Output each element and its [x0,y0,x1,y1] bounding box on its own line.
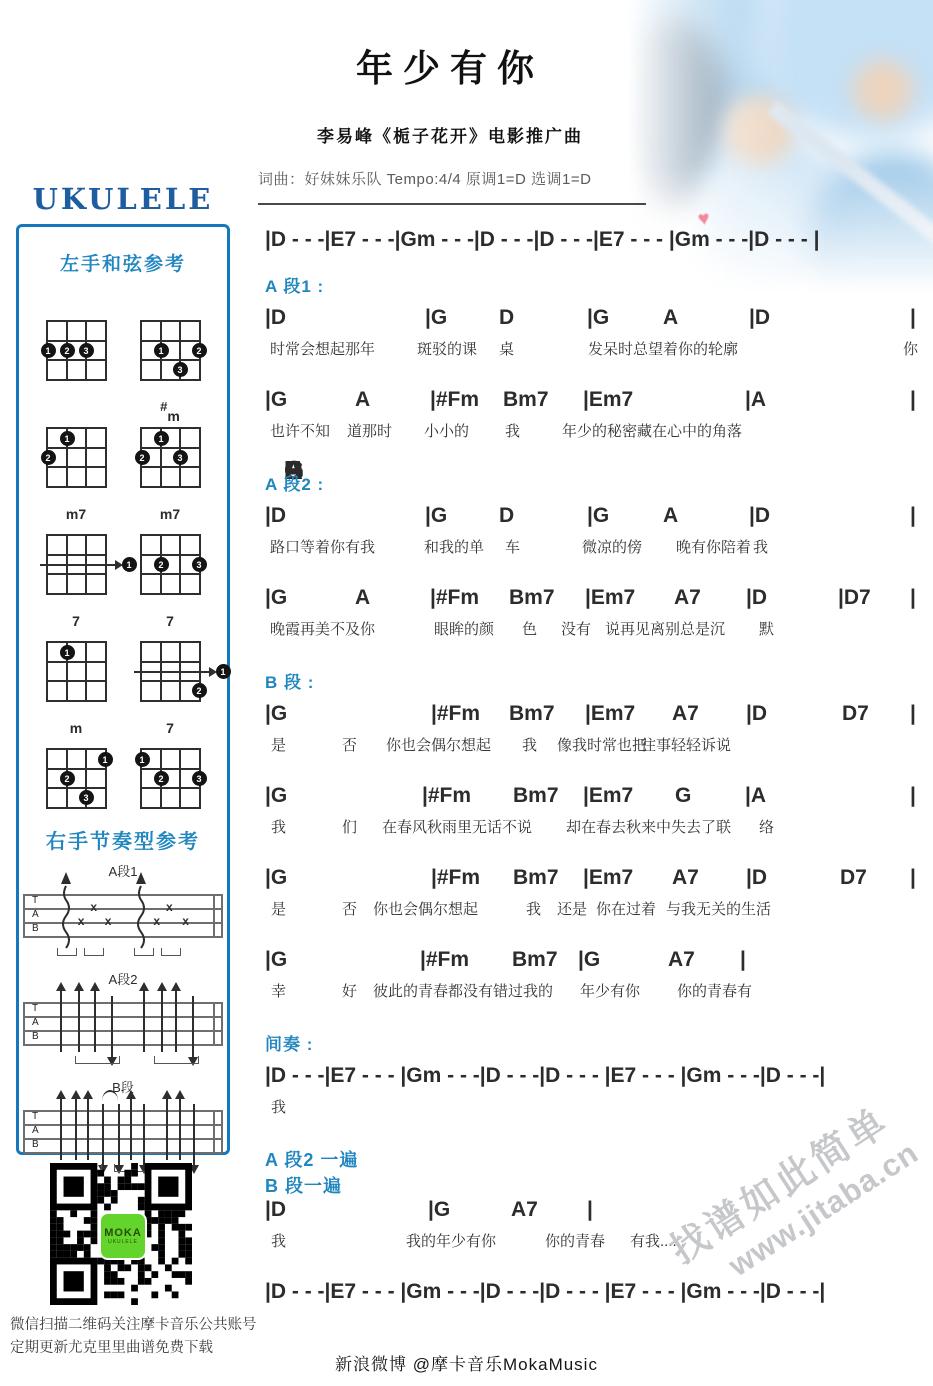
lyric-segment: 彼此的青春都没有错过我的 [373,980,553,1001]
finger-dot: 1 [60,645,75,660]
string-line [85,643,87,700]
chord-symbol: D7 [840,866,867,890]
lyric-segment: 有我...... [630,1230,685,1251]
lyric-segment: 们 [342,816,357,837]
chord-symbol: A [355,586,370,610]
chord-diagram-E7: E7123 [124,720,216,809]
lyric-segment: 我的年少有你 [406,1230,496,1251]
chord-symbol: | [910,866,916,890]
chord-symbol: |D7 [838,586,871,610]
chord-symbol: D [499,504,514,528]
lyric-segment: 没有 [561,618,591,639]
section-heading: B 段一遍 [265,1172,920,1194]
lyric-segment: 微凉的傍 [582,536,642,557]
mute-x-mark: x [182,914,189,928]
chord-symbol: Bm7 [503,388,549,412]
chord-symbol: Bm7 [512,948,558,972]
lyric-segment: 幸 [271,980,286,1001]
finger-dot: 3 [192,771,207,786]
lyric-segment: 道那时 [347,420,392,441]
fret-line [142,787,199,789]
chord-lyric-line: |D - - -|E7 - - - |Gm - - -|D - - -|D - … [265,1064,920,1118]
beat-beam [134,948,154,956]
staff-barline [221,1002,223,1046]
strum-up-arrow [60,990,62,1052]
staff-barline [213,1002,215,1046]
fret-line [142,768,199,770]
chord-symbol: |D [749,306,770,330]
chord-name: Bm7 [66,506,86,532]
chord-diagram-G: G123 [124,292,216,381]
chord-symbol: A7 [511,1198,538,1222]
chord-symbol: |#Fm [420,948,469,972]
fret-grid: 1 [46,534,107,595]
finger-dot: 3 [79,343,94,358]
chord-symbol: D7 [842,702,869,726]
left-hand-chords-title: 左手和弦参考 [19,249,227,276]
finger-dot: 2 [192,343,207,358]
chord-symbol: A [663,306,678,330]
chord-suffix: 7 [166,613,174,629]
song-subtitle: 李易峰《栀子花开》电影推广曲 [180,122,720,147]
finger-dot: 3 [79,790,94,805]
chord-symbol: | [910,702,916,726]
lyric-segment: 我 [271,1096,286,1117]
fret-grid: 123 [140,320,201,381]
tab-letter: T [32,1003,38,1014]
tab-letter: A [32,909,39,920]
string-line [85,429,87,486]
chord-symbol: |G [587,504,609,528]
tab-letter: T [32,895,38,906]
fret-line [48,359,105,361]
lyric-segment: 还是 [557,898,587,919]
lyric-segment: 眼眸的颜 [434,618,494,639]
lyric-segment: 时常会想起那年 [270,338,375,359]
lyric-segment: 说再见离别总是沉 [605,618,725,639]
beat-beam [161,948,181,956]
chord-symbol: |#Fm [430,586,479,610]
staff-line [23,922,223,924]
wavy-strum-arrow [59,872,73,955]
staff-barline [23,1002,25,1046]
chord-reference-box: 左手和弦参考 D123G123A12#Fm123Bm71Em723A71D721… [16,224,230,1155]
strum-up-arrow [78,990,80,1052]
chord-lyric-line: |GA|#FmBm7|Em7|A|也许不知道那时小小的我年少的秘密藏在心中的角落 [265,388,920,442]
chord-symbol: |G [265,702,287,726]
finger-dot: 3 [192,557,207,572]
chord-symbol: |Em7 [585,586,635,610]
chord-lyric-line: |G|#FmBm7|Em7A7|DD7|是否你也会偶尔想起我还是你在过着与我无关… [265,866,920,920]
chord-symbol: Bm7 [509,702,555,726]
fret-line [142,554,199,556]
staff-barline [23,1110,25,1154]
lyric-segment: 车 [505,536,520,557]
chord-symbol: A7 [668,948,695,972]
strum-up-arrow [130,1098,132,1160]
fret-grid: 123 [46,320,107,381]
chord-lyric-line: |GA|#FmBm7|Em7A7|D|D7|晚霞再美不及你眼眸的颜色没有说再见离… [265,586,920,640]
chord-symbol: |D - - -|E7 - - - |Gm - - -|D - - -|D - … [265,1064,825,1088]
fret-grid: 123 [140,748,201,809]
chord-symbol: A [355,388,370,412]
tab-letter: T [32,1111,38,1122]
lyric-segment: 你的青春有 [677,980,752,1001]
chord-symbol: |G [265,784,287,808]
chord-symbol: |Em7 [583,866,633,890]
section-heading: A 段2 : [265,470,920,490]
beat-beam [57,948,77,956]
rhythm-label: B段 [19,1077,227,1094]
lyric-segment: 却在春去秋来中失去了联 [566,816,731,837]
rhythm-label: A段2 [19,969,227,986]
chord-grid: D123G123A12#Fm123Bm71Em723A71D721Gm123E7… [19,292,227,809]
finger-dot: 2 [154,771,169,786]
chord-symbol: | [910,784,916,808]
chord-suffix: m7 [160,506,180,522]
finger-dot: 2 [135,450,150,465]
staff-barline [221,1110,223,1154]
lyric-segment: 路口等着你有我 [270,536,375,557]
tab-letter: B [32,1031,39,1042]
qr-code: MOKA UKULELE [50,1163,192,1305]
beat-beam [75,1056,120,1064]
finger-dot: 1 [98,752,113,767]
chord-symbol: A7 [672,702,699,726]
qr-logo-text: MOKA [104,1227,142,1239]
fret-grid: 12 [46,427,107,488]
lyric-segment: 我 [753,536,768,557]
chord-symbol: |D [746,702,767,726]
page-root: { "colors": { "accent": "#1f86c0", "acce… [0,0,933,1386]
lyric-segment: 我 [505,420,520,441]
finger-dot: 1 [135,752,150,767]
chord-diagram-D: D123 [30,292,122,381]
strum-up-arrow [179,1098,181,1160]
chord-name: D7 [166,613,174,639]
strum-up-arrow [143,990,145,1052]
chord-diagram-#Fm: #Fm123 [124,399,216,488]
chord-symbol: | [587,1198,593,1222]
lyric-segment: 你也会偶尔想起 [373,898,478,919]
finger-dot: 1 [154,343,169,358]
chord-symbol: |G [425,306,447,330]
finger-dot: 2 [41,450,56,465]
chord-suffix: m7 [66,506,86,522]
chord-lyric-line: |G|#FmBm7|Em7A7|DD7|是否你也会偶尔想起我像我时常也把往事轻轻… [265,702,920,756]
beat-beam [84,948,104,956]
finger-dot: 3 [173,362,188,377]
mute-x-mark: x [78,914,85,928]
lyric-segment: 发呆时总望着你的轮廓 [588,338,738,359]
rhythm-label: A段1 [19,861,227,878]
chord-symbol: |D [746,586,767,610]
mute-x-mark: x [166,900,173,914]
lyric-segment: 与我无关的生活 [666,898,771,919]
chord-symbol: | [910,586,916,610]
chord-diagram-Em7: Em723 [124,506,216,595]
chord-symbol: |G [265,948,287,972]
chord-suffix: m [70,720,82,736]
chord-symbol: | [910,388,916,412]
finger-dot: 2 [192,683,207,698]
lyric-segment: 是 [271,734,286,755]
fret-line [142,340,199,342]
rhythm-patterns: A段1TABxxxxxxA段2TABB段TAB [19,861,227,1178]
strum-up-arrow [161,990,163,1052]
section-heading: B 段 : [265,668,920,688]
chord-symbol: |Em7 [583,388,633,412]
lyric-segment: 否 [342,898,357,919]
fret-line [142,661,199,663]
chord-symbol: | [910,504,916,528]
section-heading: A 段2 一遍 [265,1146,920,1168]
lyric-segment: 我 [522,734,537,755]
strum-down-arrow [111,996,113,1058]
lyric-segment: 我 [526,898,541,919]
chord-diagram-A: A12 [30,399,122,488]
strum-up-arrow [75,1098,77,1160]
chord-lyric-line: |G|#FmBm7|Em7G|A|我们在春风秋雨里无话不说却在春去秋来中失去了联… [265,784,920,838]
section-heading: 间奏 : [265,1030,920,1050]
staff-line [23,894,223,896]
rhythm-staff: TABxxxxxx [23,878,223,962]
chord-symbol: |#Fm [431,702,480,726]
chord-symbol: |G [425,504,447,528]
chord-name: E7 [166,720,174,746]
fret-line [142,359,199,361]
lyric-segment: 我 [271,1230,286,1251]
string-line [179,536,181,593]
strum-down-arrow [102,1104,104,1166]
chord-symbol: |D [265,1198,286,1222]
beat-beam [154,1056,199,1064]
lyric-segment: 在春风秋雨里无话不说 [382,816,532,837]
fret-grid: 123 [140,427,201,488]
chord-suffix: 7 [166,720,174,736]
qr-logo: MOKA UKULELE [99,1212,147,1260]
lyric-segment: 你也会偶尔想起 [386,734,491,755]
finger-dot: 2 [60,343,75,358]
fret-grid: 21 [140,641,201,702]
tab-letter: B [32,923,39,934]
finger-dot: 1 [60,431,75,446]
chord-symbol: |#Fm [422,784,471,808]
lyric-segment: 年少的秘密藏在心中的角落 [562,420,742,441]
chord-symbol: |G [265,586,287,610]
chord-symbol: A [663,504,678,528]
lyric-segment: 也许不知 [270,420,330,441]
chord-diagram-Gm: Gm123 [30,720,122,809]
barre-finger-dot: 1 [216,664,231,679]
finger-dot: 3 [173,450,188,465]
fret-line [48,680,105,682]
barre-arrow [40,564,116,566]
staff-barline [221,894,223,938]
chord-suffix: 7 [72,613,80,629]
strum-up-arrow [166,1098,168,1160]
tab-letter: B [32,1139,39,1150]
rhythm-staff: TAB [23,986,223,1070]
chord-symbol: |G [587,306,609,330]
chord-lyric-line: |D|GD|GA|D|路口等着你有我和我的单车微凉的傍晚有你陪着我 [265,504,920,558]
tab-letter: A [32,1017,39,1028]
fret-grid: 123 [46,748,107,809]
lyric-segment: 小小的 [424,420,469,441]
staff-line [23,908,223,910]
chord-symbol: Bm7 [513,866,559,890]
main-sheet: |D - - -|E7 - - -|Gm - - -|D - - -|D - -… [265,228,920,1324]
lyric-segment: 桌 [499,338,514,359]
lyric-segment: 是 [271,898,286,919]
chord-name: Em7 [160,506,180,532]
lyric-segment: 年少有你 [580,980,640,1001]
fret-line [48,466,105,468]
finger-dot: 1 [154,431,169,446]
chord-progression-bar: |D - - -|E7 - - -|Gm - - -|D - - -|D - -… [265,228,920,254]
strum-down-arrow [143,1104,145,1166]
chord-symbol: |G [428,1198,450,1222]
chord-symbol: |Em7 [583,784,633,808]
mute-x-mark: x [153,914,160,928]
chord-symbol: |G [578,948,600,972]
chord-symbol: |G [265,388,287,412]
chord-name: Gm [70,720,82,746]
wavy-strum-arrow [134,872,148,955]
qr-logo-subtext: UKULELE [108,1239,138,1245]
lyric-segment: 往事轻轻诉说 [641,734,731,755]
fret-line [48,573,105,575]
strum-down-arrow [193,1104,195,1166]
chord-symbol: |A [745,784,766,808]
strum-up-arrow [94,990,96,1052]
chord-symbol: | [740,948,746,972]
chord-symbol: |A [745,388,766,412]
staff-line [23,936,223,938]
fret-line [48,554,105,556]
chord-symbol: G [675,784,691,808]
strum-up-arrow [175,990,177,1052]
fret-grid: 23 [140,534,201,595]
lyric-segment: 和我的单 [424,536,484,557]
mute-x-mark: x [90,900,97,914]
ukulele-brand: UKULELE [16,182,230,216]
strum-up-arrow [60,1098,62,1160]
chord-symbol: |D [265,504,286,528]
chord-symbol: A7 [674,586,701,610]
fret-line [142,680,199,682]
fret-line [48,768,105,770]
song-title: 年少有你 [180,38,720,92]
fret-grid: 1 [46,641,107,702]
lyric-segment: 好 [342,980,357,1001]
strum-up-arrow [87,1098,89,1160]
divider-rule [258,203,646,205]
fret-line [48,787,105,789]
section-heading: A 段1 : [265,272,920,292]
staff-barline [213,1110,215,1154]
lyric-segment: 否 [342,734,357,755]
chord-symbol: | [910,306,916,330]
strum-down-arrow [118,1104,120,1166]
lyric-segment: 色 [522,618,537,639]
lyric-segment: 默 [759,618,774,639]
chord-lyric-line: |D|GD|GA|D|时常会想起那年斑驳的课桌发呆时总望着你的轮廓你 [265,306,920,360]
chord-suffix: m [167,408,179,424]
fret-line [142,447,199,449]
staff-barline [23,894,25,938]
strum-down-arrow [192,996,194,1058]
fret-line [48,661,105,663]
finger-dot: 2 [154,557,169,572]
chord-symbol: |D [265,306,286,330]
chord-progression-bar: |D - - -|E7 - - - |Gm - - -|D - - -|D - … [265,1280,920,1306]
right-hand-rhythm-title: 右手节奏型参考 [19,825,227,854]
barre-arrow [134,671,210,673]
chord-symbol: |#Fm [430,388,479,412]
chord-symbol: |Em7 [585,702,635,726]
mute-x-mark: x [105,914,112,928]
weibo-credit: 新浪微博 @摩卡音乐MokaMusic [0,1350,933,1375]
chord-symbol: |#Fm [431,866,480,890]
fret-line [48,340,105,342]
fret-line [48,447,105,449]
tab-letter: A [32,1125,39,1136]
qr-caption-line1: 微信扫描二维码关注摩卡音乐公共账号 [10,1314,270,1337]
chord-name: A7 [72,613,80,639]
fret-line [142,466,199,468]
chord-diagram-D7: D721 [124,613,216,702]
lyric-segment: 你的青春 [545,1230,605,1251]
staff-barline [213,894,215,938]
lyric-segment: 络 [759,816,774,837]
credits-line: 词曲：好妹妹乐队 Tempo:4/4 原调1=D 选调1=D [258,168,591,189]
fret-line [142,573,199,575]
finger-dot: 1 [41,343,56,358]
lyric-segment: 我 [271,816,286,837]
lyric-segment: 你 [903,338,918,359]
lyric-segment: 斑驳的课 [417,338,477,359]
lyric-segment: 你在过着 [596,898,656,919]
chord-symbol: Bm7 [509,586,555,610]
chord-diagram-A7: A71 [30,613,122,702]
string-line [179,750,181,807]
chord-symbol: Bm7 [513,784,559,808]
chord-lyric-line: |D|GA7|我我的年少有你你的青春有我...... [265,1198,920,1252]
chord-symbol: |G [265,866,287,890]
barre-finger-dot: 1 [122,557,137,572]
chord-name: #Fm [160,399,180,425]
chord-symbol: |D [749,504,770,528]
chord-lyric-line: |G|#FmBm7|GA7|幸好彼此的青春都没有错过我的年少有你你的青春有 [265,948,920,1002]
chord-symbol: |D [746,866,767,890]
chord-symbol: D [499,306,514,330]
chord-diagram-Bm7: Bm71 [30,506,122,595]
lyric-segment: 像我时常也把 [557,734,647,755]
lyric-segment: 晚霞再美不及你 [270,618,375,639]
finger-dot: 2 [60,771,75,786]
lyric-segment: 晚有你陪着 [676,536,751,557]
chord-symbol: A7 [672,866,699,890]
